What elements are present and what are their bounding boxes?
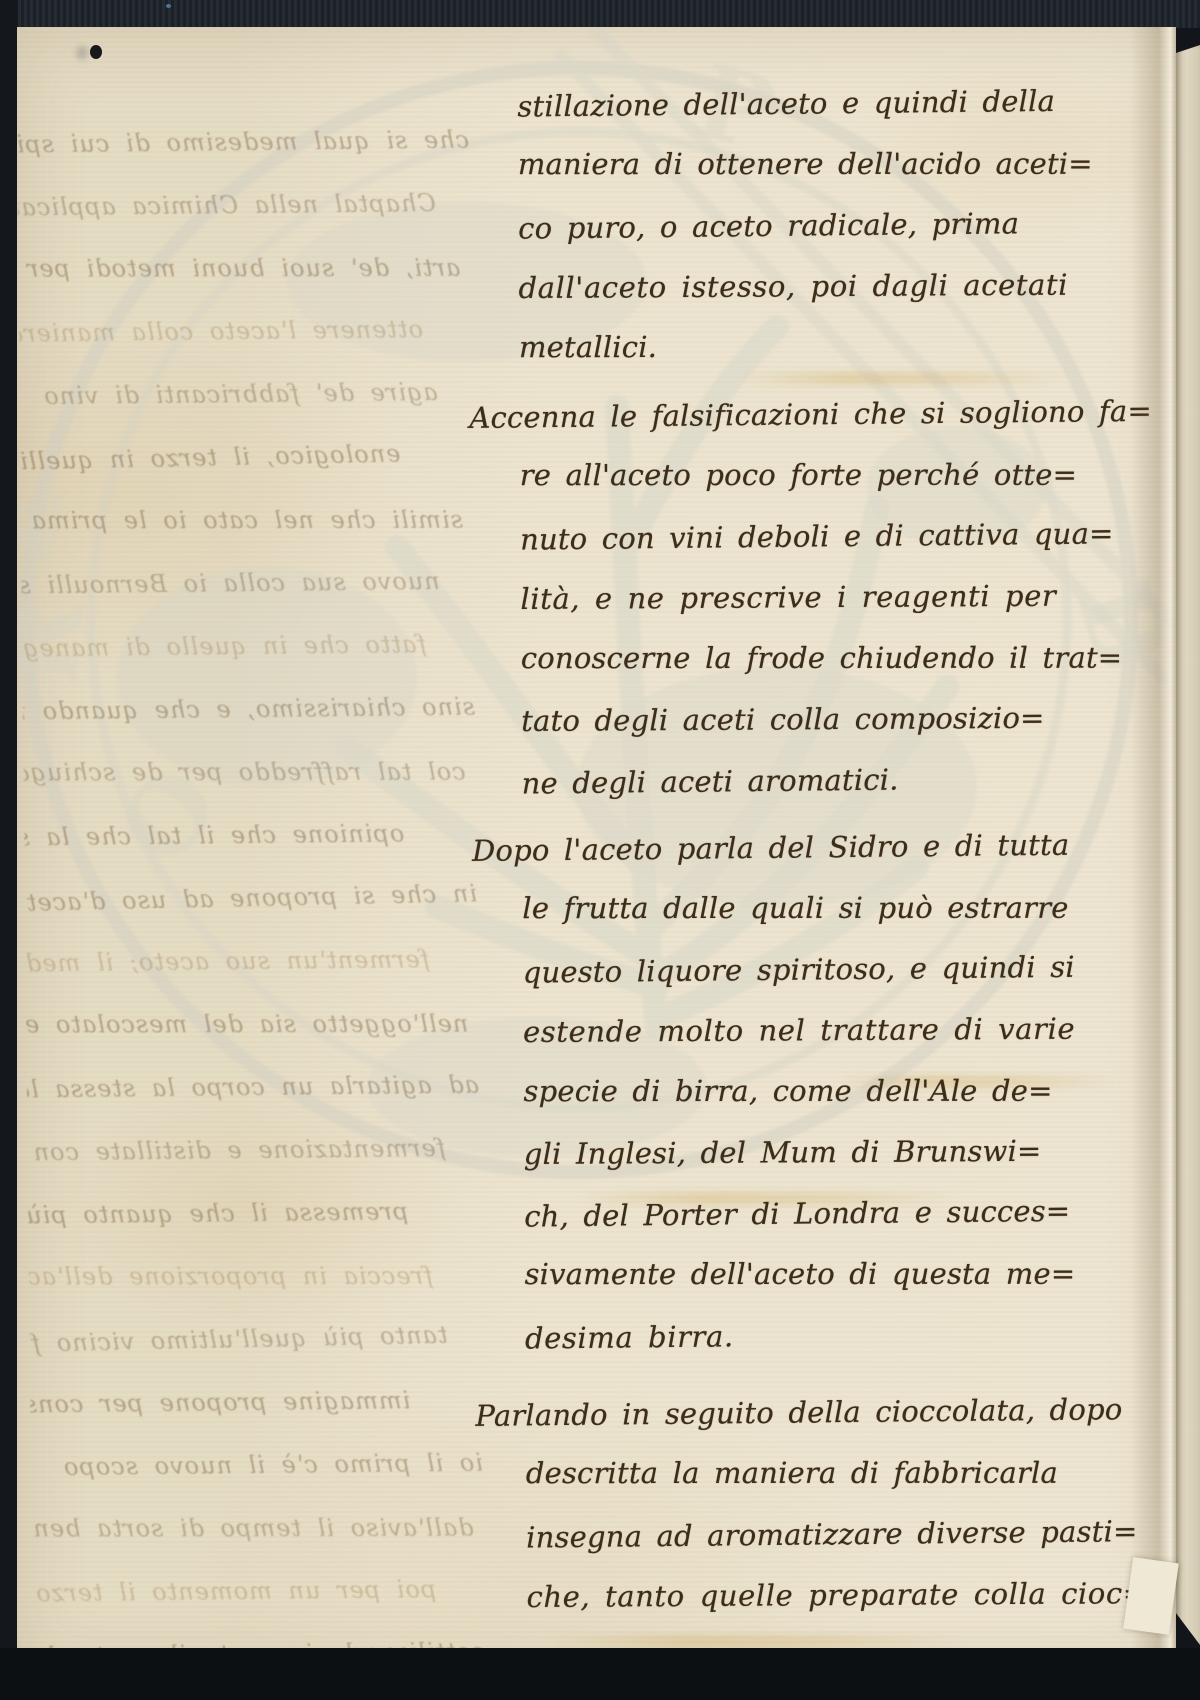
- next-page-edge: [1176, 45, 1200, 1645]
- bleedthrough-line: poi per un momento il terzo di: [32, 1558, 437, 1625]
- manuscript-line: Accenna le falsificazioni che si soglion…: [469, 380, 1200, 449]
- manuscript-line: specie di birra, come dell'Ale de=: [523, 1061, 1200, 1123]
- bleedthrough-column: che si qual medesimo di cui spiritoChapt…: [17, 109, 485, 1689]
- bleedthrough-line: premessa il che quanto più ove la: [28, 1180, 409, 1247]
- bleedthrough-line: dall'aviso il tempo di sorta ben: [32, 1497, 474, 1561]
- manuscript-paragraph: stillazione dell'aceto e quindi dellaman…: [517, 71, 1200, 380]
- manuscript-line: maniera di ottenere dell'acido aceti=: [518, 134, 1200, 196]
- bleedthrough-line: in che si propone ad uso d'aceto: [24, 862, 477, 934]
- bleedthrough-line: tanto più quell'ultimo vicino forte: [29, 1304, 448, 1376]
- manuscript-paragraph: Accenna le falsificazioni che si soglion…: [519, 382, 1200, 813]
- punch-hole: [90, 45, 102, 59]
- manuscript-line: Dopo l'aceto parla del Sidro e di tutta: [472, 813, 1200, 882]
- paper-sheet: P E R B O che si qual medesimo di cui sp…: [17, 27, 1176, 1673]
- blue-speck: [166, 4, 171, 8]
- bleedthrough-line: fatto che in quello di maneggiarsi sui: [22, 613, 427, 680]
- manuscript-paragraph: Dopo l'aceto parla del Sidro e di tuttal…: [522, 815, 1200, 1368]
- bleedthrough-line: Chaptal nella Chimica applicata alle: [17, 172, 436, 239]
- manuscript-line: ne degli aceti aromatici.: [521, 746, 1200, 814]
- bleedthrough-line: nuovo sua colla io Bernoulli si sa cui: [21, 550, 440, 617]
- bleedthrough-line: nell'oggetto sia del mescolato e le: [26, 993, 468, 1057]
- bleedthrough-line: fermentazione e distillate con molto: [27, 1117, 446, 1184]
- bleedthrough-line: che si qual medesimo di cui spirito: [17, 109, 470, 177]
- manuscript-line: tato degli aceti colla composizio=: [521, 687, 1200, 752]
- bleedthrough-line: enologico, il terzo in quelli: [20, 422, 401, 493]
- manuscript-line: che, tanto quelle preparate colla cioc=: [526, 1563, 1200, 1628]
- manuscript-line: desima birra.: [525, 1301, 1200, 1369]
- manuscript-line: estende molto nel trattare di varie: [523, 998, 1200, 1063]
- manuscript-line: co puro, o aceto radicale, prima: [518, 191, 1200, 259]
- left-mat-band: [0, 0, 18, 1700]
- manuscript-line: stillazione dell'aceto e quindi della: [517, 69, 1200, 137]
- scan-background: P E R B O che si qual medesimo di cui sp…: [0, 0, 1200, 1700]
- manuscript-paragraph: Parlando in seguito della cioccolata, do…: [525, 1380, 1200, 1628]
- manuscript-line: nuto con vini deboli e di cattiva qua=: [520, 502, 1200, 570]
- manuscript-line: conoscerne la frode chiudendo il trat=: [521, 628, 1200, 690]
- bleedthrough-line: opinione che il tal che la sceso: [24, 802, 405, 869]
- bleedthrough-line: ad agitarla un corpo la stessa la: [27, 1054, 480, 1122]
- manuscript-line: descritta la maniera di fabbricarla: [526, 1443, 1200, 1505]
- top-mat-band: [0, 0, 1200, 28]
- bleedthrough-line: sino chiarissimo, e che quando mai: [23, 676, 476, 744]
- manuscript-line: lità, e ne prescrive i reagenti per: [520, 565, 1200, 630]
- bleedthrough-line: ottenere l'aceto colla maniera di: [19, 298, 424, 365]
- manuscript-line: re all'aceto poco forte perché otte=: [520, 445, 1200, 507]
- manuscript-line: questo liquore spiritoso, e quindi si: [522, 935, 1200, 1003]
- bleedthrough-line: io il primo c'è il nuovo scopo: [31, 1432, 484, 1500]
- manuscript-line: insegna ad aromatizzare diverse pasti=: [526, 1500, 1200, 1568]
- bleedthrough-line: simili che nel cato io le prima bis del: [21, 489, 463, 553]
- fold-shading: [1130, 27, 1176, 1673]
- bleedthrough-line: agire de' fabbricanti di vino: [19, 361, 438, 428]
- showthrough-smudge: [547, 1635, 967, 1648]
- manuscript-line: gli Inglesi, del Mum di Brunswi=: [524, 1120, 1200, 1185]
- bleedthrough-line: immagine propone per conservar l'ac.: [30, 1369, 411, 1436]
- manuscript-text: stillazione dell'aceto e quindi dellaman…: [467, 71, 1200, 1629]
- bleedthrough-line: col tal raffreddo per de schiugarsi: [24, 741, 466, 805]
- bleedthrough-line: freccia in proporzione dell'aceto: [29, 1245, 433, 1309]
- manuscript-line: metallici.: [519, 317, 1200, 379]
- manuscript-line: dall'aceto istesso, poi dagli acetati: [518, 254, 1200, 319]
- bleedthrough-line: ferment'un suo aceto; il med terzo: [25, 928, 430, 995]
- manuscript-line: Parlando in seguito della cioccolata, do…: [475, 1378, 1200, 1447]
- manuscript-line: le frutta dalle quali si può estrarre: [522, 878, 1200, 940]
- manuscript-line: sivamente dell'aceto di questa me=: [525, 1244, 1200, 1306]
- manuscript-line: ch, del Porter di Londra e succes=: [524, 1179, 1200, 1247]
- bottom-mat-band: [0, 1648, 1200, 1700]
- bleedthrough-line: arti, de' suoi buoni metodi per: [18, 237, 460, 301]
